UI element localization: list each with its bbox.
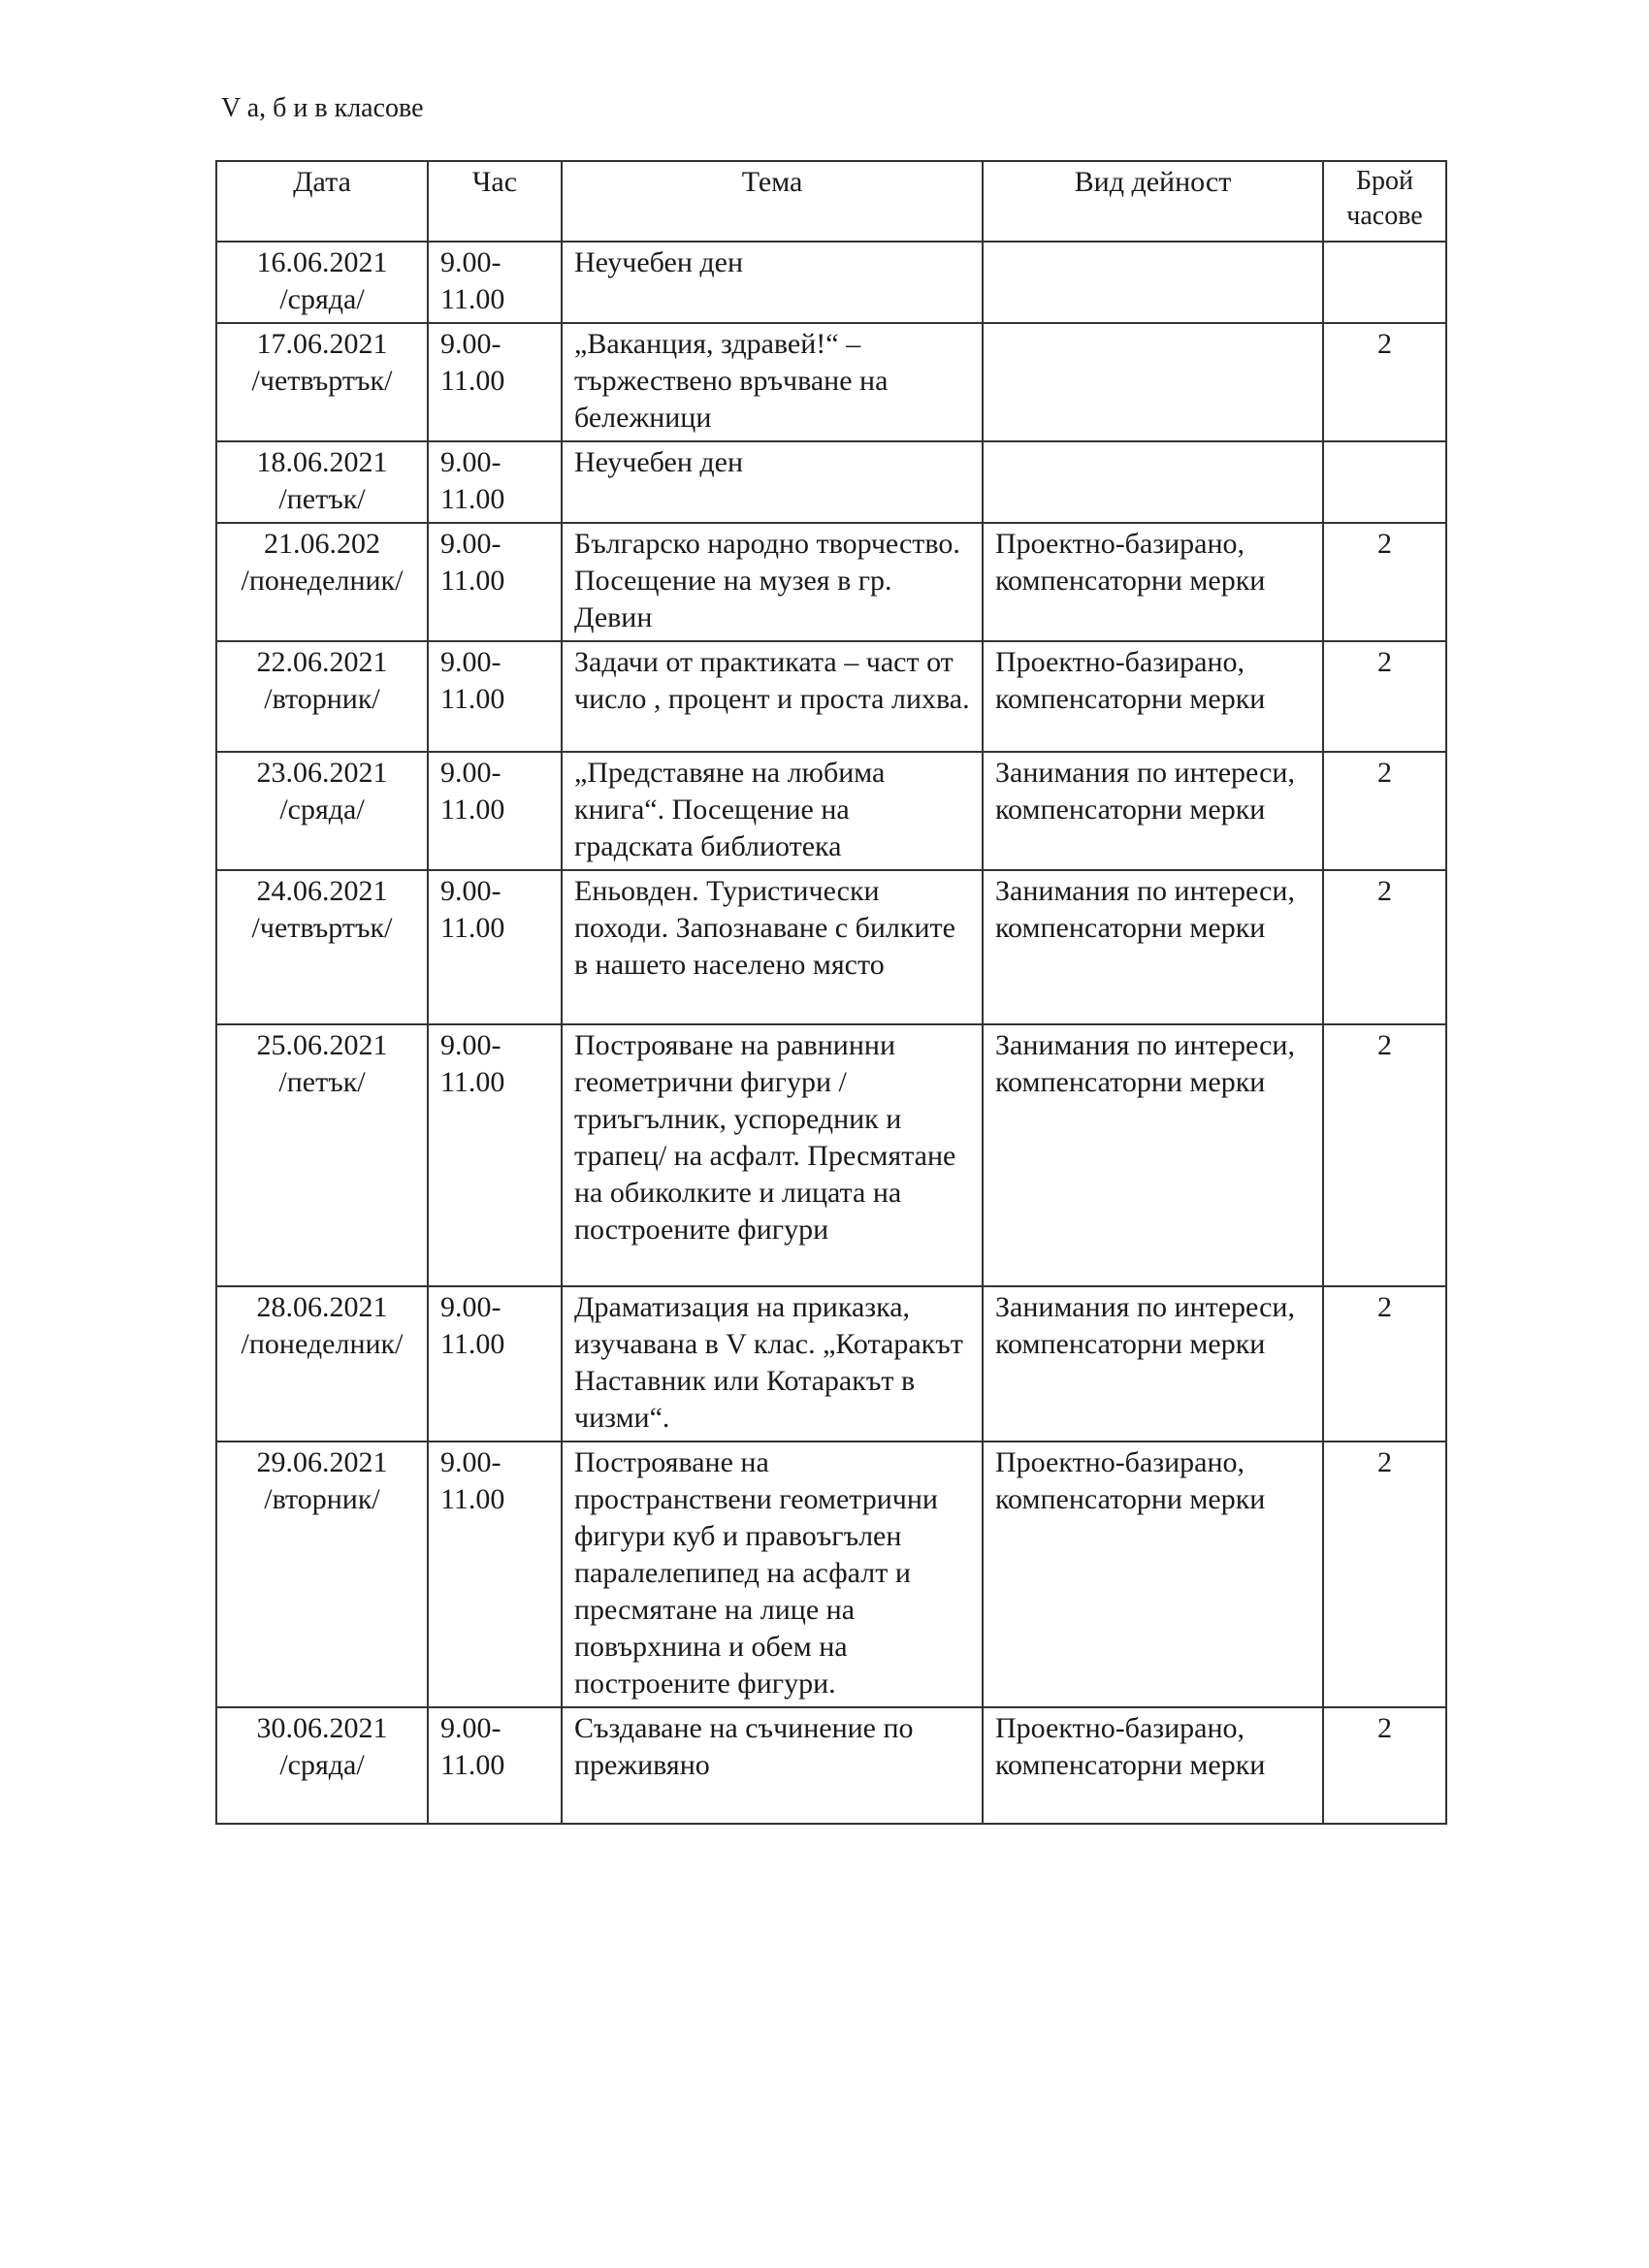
date-value: 28.06.2021	[229, 1289, 415, 1326]
time-to: 11.00	[440, 1064, 549, 1101]
table-row: 30.06.2021/сряда/9.00-11.00Създаване на …	[216, 1707, 1446, 1824]
time-from: 9.00-	[440, 244, 549, 281]
time-to: 11.00	[440, 1326, 549, 1363]
time-from: 9.00-	[440, 1027, 549, 1064]
cell-time: 9.00-11.00	[428, 641, 562, 752]
weekday: /петък/	[229, 481, 415, 518]
weekday: /четвъртък/	[229, 363, 415, 400]
time-from: 9.00-	[440, 644, 549, 681]
cell-date: 24.06.2021/четвъртък/	[216, 870, 428, 1024]
cell-time: 9.00-11.00	[428, 1707, 562, 1824]
cell-date: 23.06.2021/сряда/	[216, 752, 428, 870]
cell-hours	[1323, 441, 1446, 523]
cell-theme: „Ваканция, здравей!“ – тържествено връчв…	[562, 323, 983, 441]
date-value: 17.06.2021	[229, 326, 415, 363]
header-hours: Брой часове	[1323, 161, 1446, 242]
weekday: /понеделник/	[229, 563, 415, 599]
cell-hours: 2	[1323, 752, 1446, 870]
time-to: 11.00	[440, 563, 549, 599]
date-value: 30.06.2021	[229, 1710, 415, 1747]
cell-theme: Драматизация на приказка, изучавана в V …	[562, 1286, 983, 1442]
time-to: 11.00	[440, 681, 549, 718]
cell-theme: Създаване на съчинение по преживяно	[562, 1707, 983, 1824]
date-value: 16.06.2021	[229, 244, 415, 281]
time-from: 9.00-	[440, 1444, 549, 1481]
time-from: 9.00-	[440, 326, 549, 363]
time-from: 9.00-	[440, 526, 549, 563]
cell-hours: 2	[1323, 641, 1446, 752]
table-row: 21.06.202/понеделник/9.00-11.00Българско…	[216, 523, 1446, 641]
weekday: /сряда/	[229, 1747, 415, 1784]
cell-theme: Еньовден. Туристически походи. Запознава…	[562, 870, 983, 1024]
cell-time: 9.00-11.00	[428, 523, 562, 641]
cell-hours: 2	[1323, 1442, 1446, 1707]
schedule-table: Дата Час Тема Вид дейност Брой часове 16…	[215, 160, 1447, 1825]
cell-activity: Проектно-базирано, компенсаторни мерки	[983, 1442, 1323, 1707]
table-row: 16.06.2021/сряда/9.00-11.00Неучебен ден	[216, 242, 1446, 323]
time-to: 11.00	[440, 1481, 549, 1518]
cell-hours: 2	[1323, 323, 1446, 441]
cell-theme: Построяване на равнинни геометрични фигу…	[562, 1024, 983, 1286]
cell-date: 18.06.2021/петък/	[216, 441, 428, 523]
cell-time: 9.00-11.00	[428, 242, 562, 323]
weekday: /сряда/	[229, 792, 415, 828]
cell-activity: Занимания по интереси, компенсаторни мер…	[983, 1024, 1323, 1286]
header-theme: Тема	[562, 161, 983, 242]
date-value: 18.06.2021	[229, 444, 415, 481]
cell-activity: Проектно-базирано, компенсаторни мерки	[983, 641, 1323, 752]
table-row: 28.06.2021/понеделник/9.00-11.00Драматиз…	[216, 1286, 1446, 1442]
cell-hours: 2	[1323, 870, 1446, 1024]
time-to: 11.00	[440, 363, 549, 400]
cell-date: 16.06.2021/сряда/	[216, 242, 428, 323]
cell-hours: 2	[1323, 1024, 1446, 1286]
time-from: 9.00-	[440, 1710, 549, 1747]
cell-date: 30.06.2021/сряда/	[216, 1707, 428, 1824]
cell-date: 22.06.2021/вторник/	[216, 641, 428, 752]
cell-activity: Занимания по интереси, компенсаторни мер…	[983, 752, 1323, 870]
date-value: 22.06.2021	[229, 644, 415, 681]
cell-date: 17.06.2021/четвъртък/	[216, 323, 428, 441]
cell-theme: Неучебен ден	[562, 441, 983, 523]
cell-date: 29.06.2021/вторник/	[216, 1442, 428, 1707]
cell-time: 9.00-11.00	[428, 441, 562, 523]
weekday: /петък/	[229, 1064, 415, 1101]
time-to: 11.00	[440, 792, 549, 828]
cell-time: 9.00-11.00	[428, 870, 562, 1024]
time-to: 11.00	[440, 910, 549, 947]
cell-hours	[1323, 242, 1446, 323]
time-to: 11.00	[440, 481, 549, 518]
cell-hours: 2	[1323, 1707, 1446, 1824]
weekday: /вторник/	[229, 1481, 415, 1518]
cell-activity	[983, 441, 1323, 523]
cell-theme: Построяване на пространствени геометричн…	[562, 1442, 983, 1707]
time-from: 9.00-	[440, 873, 549, 910]
cell-theme: „Представяне на любима книга“. Посещение…	[562, 752, 983, 870]
cell-date: 25.06.2021/петък/	[216, 1024, 428, 1286]
table-row: 25.06.2021/петък/9.00-11.00Построяване н…	[216, 1024, 1446, 1286]
cell-time: 9.00-11.00	[428, 1024, 562, 1286]
table-row: 23.06.2021/сряда/9.00-11.00„Представяне …	[216, 752, 1446, 870]
cell-time: 9.00-11.00	[428, 752, 562, 870]
time-from: 9.00-	[440, 444, 549, 481]
cell-theme: Задачи от практиката – част от число , п…	[562, 641, 983, 752]
cell-hours: 2	[1323, 1286, 1446, 1442]
table-row: 29.06.2021/вторник/9.00-11.00Построяване…	[216, 1442, 1446, 1707]
cell-activity: Проектно-базирано, компенсаторни мерки	[983, 523, 1323, 641]
weekday: /четвъртък/	[229, 910, 415, 947]
cell-theme: Неучебен ден	[562, 242, 983, 323]
date-value: 23.06.2021	[229, 755, 415, 792]
cell-date: 21.06.202/понеделник/	[216, 523, 428, 641]
cell-theme: Българско народно творчество. Посещение …	[562, 523, 983, 641]
cell-time: 9.00-11.00	[428, 323, 562, 441]
cell-activity	[983, 242, 1323, 323]
time-to: 11.00	[440, 1747, 549, 1784]
table-row: 24.06.2021/четвъртък/9.00-11.00Еньовден.…	[216, 870, 1446, 1024]
weekday: /вторник/	[229, 681, 415, 718]
time-to: 11.00	[440, 281, 549, 318]
cell-time: 9.00-11.00	[428, 1286, 562, 1442]
table-row: 18.06.2021/петък/9.00-11.00Неучебен ден	[216, 441, 1446, 523]
cell-activity	[983, 323, 1323, 441]
time-from: 9.00-	[440, 1289, 549, 1326]
date-value: 25.06.2021	[229, 1027, 415, 1064]
table-row: 17.06.2021/четвъртък/9.00-11.00„Ваканция…	[216, 323, 1446, 441]
date-value: 21.06.202	[229, 526, 415, 563]
cell-time: 9.00-11.00	[428, 1442, 562, 1707]
date-value: 24.06.2021	[229, 873, 415, 910]
header-activity: Вид дейност	[983, 161, 1323, 242]
cell-date: 28.06.2021/понеделник/	[216, 1286, 428, 1442]
cell-activity: Занимания по интереси, компенсаторни мер…	[983, 1286, 1323, 1442]
cell-activity: Проектно-базирано, компенсаторни мерки	[983, 1707, 1323, 1824]
time-from: 9.00-	[440, 755, 549, 792]
weekday: /сряда/	[229, 281, 415, 318]
header-date: Дата	[216, 161, 428, 242]
weekday: /понеделник/	[229, 1326, 415, 1363]
table-row: 22.06.2021/вторник/9.00-11.00Задачи от п…	[216, 641, 1446, 752]
document-title: V а, б и в класове	[221, 93, 424, 124]
date-value: 29.06.2021	[229, 1444, 415, 1481]
cell-hours: 2	[1323, 523, 1446, 641]
table-header-row: Дата Час Тема Вид дейност Брой часове	[216, 161, 1446, 242]
header-time: Час	[428, 161, 562, 242]
cell-activity: Занимания по интереси, компенсаторни мер…	[983, 870, 1323, 1024]
